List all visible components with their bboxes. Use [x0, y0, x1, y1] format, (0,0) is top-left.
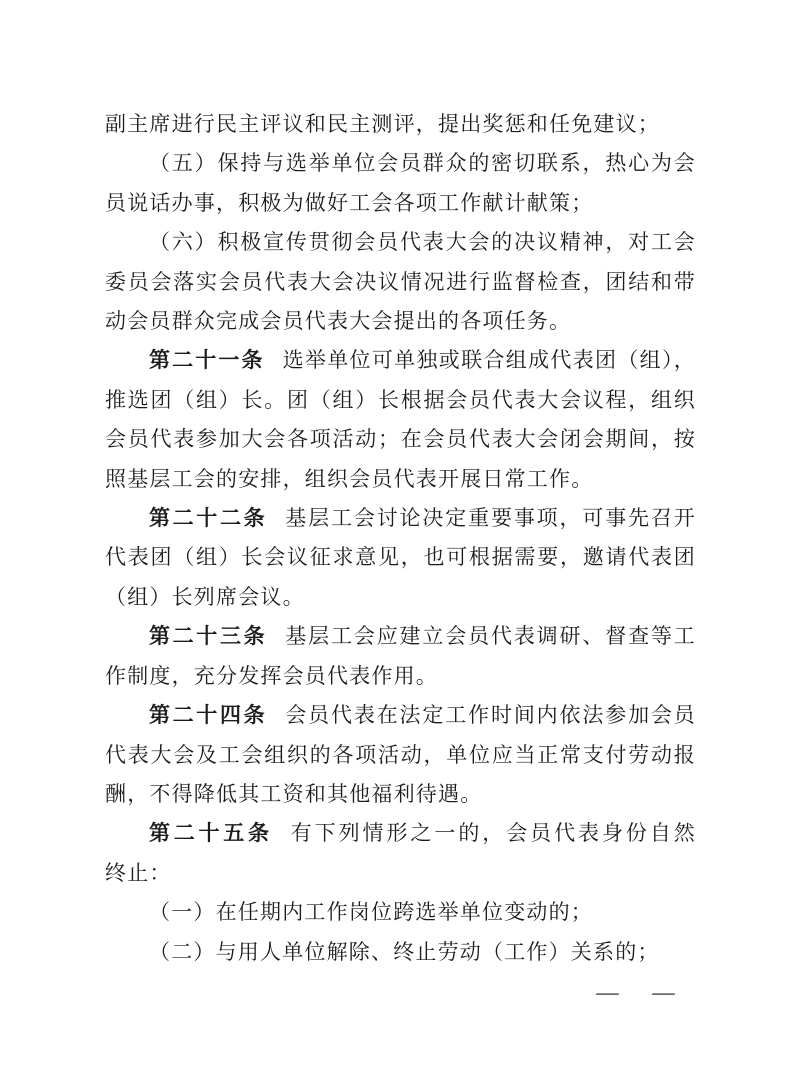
text-line: 代表团（组）长会议征求意见，也可根据需要，邀请代表团 [105, 538, 696, 577]
article-text: 选举单位可单独或联合组成代表团（组）， [283, 348, 696, 372]
article-number: 第二十三条 [149, 625, 267, 648]
text-line: （五）保持与选举单位会员群众的密切联系，热心为会 [105, 144, 696, 183]
text-line: 酬，不得降低其工资和其他福利待遇。 [105, 775, 696, 814]
page-number-dash-left: — [595, 980, 620, 1005]
article-text: 有下列情形之一的，会员代表身份自然 [291, 821, 696, 845]
text-line: 第二十二条基层工会讨论决定重要事项，可事先召开 [105, 499, 696, 538]
text-line: 员说话办事，积极为做好工会各项工作献计献策； [105, 184, 696, 223]
article-number: 第二十四条 [149, 704, 267, 727]
text-line: 动会员群众完成会员代表大会提出的各项任务。 [105, 302, 696, 341]
page-number-dash-right: — [651, 980, 676, 1005]
text-line: 代表大会及工会组织的各项活动，单位应当正常支付劳动报 [105, 736, 696, 775]
text-line: 第二十一条选举单位可单独或联合组成代表团（组）， [105, 341, 696, 380]
text-line: 照基层工会的安排，组织会员代表开展日常工作。 [105, 460, 696, 499]
text-line: （组）长列席会议。 [105, 578, 696, 617]
text-line: （一）在任期内工作岗位跨选举单位变动的； [105, 893, 696, 932]
document-body: 副主席进行民主评议和民主测评，提出奖惩和任免建议； （五）保持与选举单位会员群众… [105, 105, 696, 972]
text-line: 第二十四条会员代表在法定工作时间内依法参加会员 [105, 696, 696, 735]
article-number: 第二十五条 [149, 822, 273, 845]
text-line: 委员会落实会员代表大会决议情况进行监督检查，团结和带 [105, 263, 696, 302]
text-line: 作制度，充分发挥会员代表作用。 [105, 657, 696, 696]
text-line: （六）积极宣传贯彻会员代表大会的决议精神，对工会 [105, 223, 696, 262]
text-line: 推选团（组）长。团（组）长根据会员代表大会议程，组织 [105, 381, 696, 420]
text-line: 副主席进行民主评议和民主测评，提出奖惩和任免建议； [105, 105, 696, 144]
article-text: 会员代表在法定工作时间内依法参加会员 [285, 703, 696, 727]
text-line: 第二十三条基层工会应建立会员代表调研、督查等工 [105, 617, 696, 656]
document-page: 副主席进行民主评议和民主测评，提出奖惩和任免建议； （五）保持与选举单位会员群众… [0, 0, 798, 1090]
article-text: 基层工会讨论决定重要事项，可事先召开 [285, 506, 696, 530]
article-number: 第二十一条 [149, 349, 265, 372]
text-line: 会员代表参加大会各项活动；在会员代表大会闭会期间，按 [105, 420, 696, 459]
text-line: 终止： [105, 854, 696, 893]
text-line: （二）与用人单位解除、终止劳动（工作）关系的； [105, 933, 696, 972]
text-line: 第二十五条有下列情形之一的，会员代表身份自然 [105, 814, 696, 853]
article-text: 基层工会应建立会员代表调研、督查等工 [285, 624, 696, 648]
article-number: 第二十二条 [149, 507, 267, 530]
